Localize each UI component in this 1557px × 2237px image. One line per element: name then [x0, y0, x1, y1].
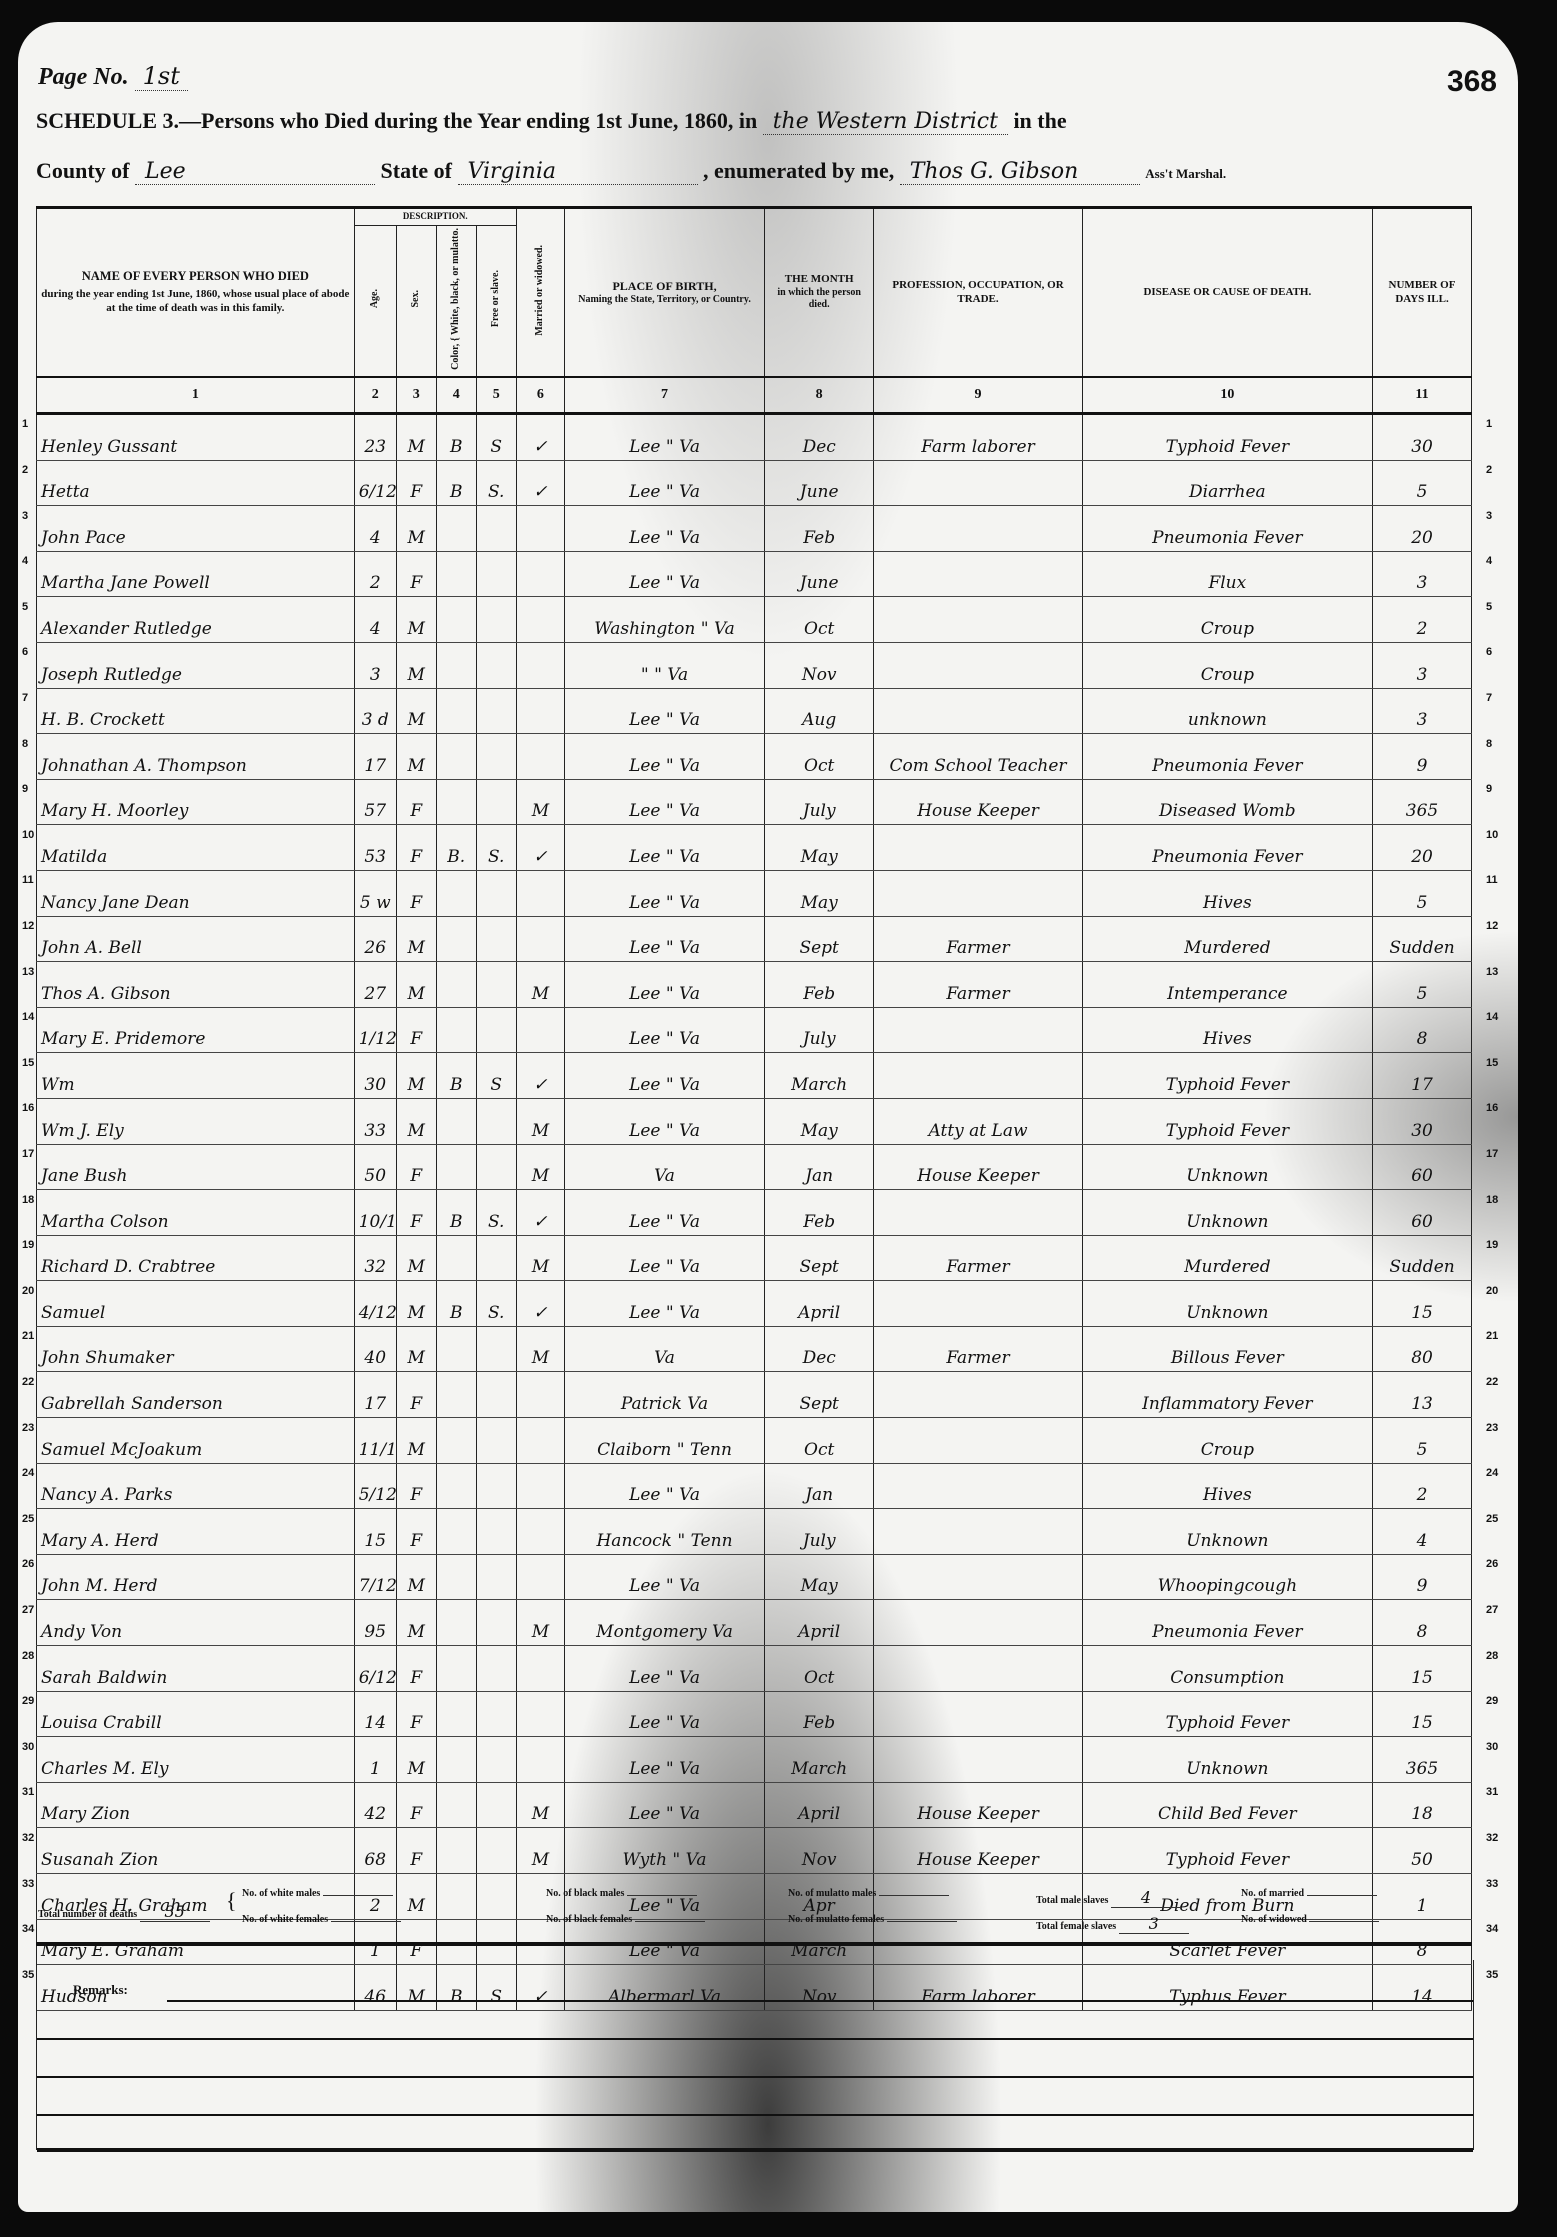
cell-month: Jan — [764, 1144, 873, 1190]
column-number: 10 — [1082, 377, 1372, 414]
cell-color — [436, 870, 476, 916]
cell-married — [516, 1646, 564, 1692]
cell-month: March — [764, 1053, 873, 1099]
male-slaves: Total male slaves 4 — [1036, 1888, 1181, 1908]
line-number: 8 — [1486, 738, 1492, 750]
cell-profession — [874, 1646, 1082, 1692]
cell-days: 9 — [1373, 734, 1472, 780]
cell-free-slave — [476, 1418, 516, 1464]
cell-disease: Typhoid Fever — [1082, 1828, 1372, 1874]
white-males: No. of white males — [242, 1888, 393, 1899]
table-row: Wm J. Ely33MMLee " VaMayAtty at LawTypho… — [37, 1098, 1472, 1144]
cell-days: 50 — [1373, 1828, 1472, 1874]
cell-days: 17 — [1373, 1053, 1472, 1099]
cell-profession: Farmer — [874, 1235, 1082, 1281]
col-header-profession: PROFESSION, OCCUPATION, OR TRADE. — [874, 208, 1082, 378]
cell-sex: M — [396, 1053, 436, 1099]
cell-days: 9 — [1373, 1554, 1472, 1600]
cell-color: B. — [436, 825, 476, 871]
cell-married: ✓ — [516, 414, 564, 461]
line-number: 11 — [1486, 874, 1498, 886]
cell-color: B — [436, 1053, 476, 1099]
cell-name: Gabrellah Sanderson — [37, 1372, 355, 1418]
cell-married: ✓ — [516, 1281, 564, 1327]
cell-disease: Murdered — [1082, 916, 1372, 962]
marshal-label: Ass't Marshal. — [1145, 166, 1226, 181]
enumerated-label: , enumerated by me, — [703, 158, 894, 183]
cell-sex: M — [396, 414, 436, 461]
cell-profession — [874, 1737, 1082, 1783]
cell-days: 60 — [1373, 1190, 1472, 1236]
line-number: 1 — [22, 418, 28, 430]
cell-birthplace: Lee " Va — [565, 1691, 765, 1737]
cell-married — [516, 1691, 564, 1737]
line-number: 16 — [22, 1102, 34, 1114]
cell-name: Jane Bush — [37, 1144, 355, 1190]
column-number: 9 — [874, 377, 1082, 414]
cell-name: John A. Bell — [37, 916, 355, 962]
cell-age: 68 — [354, 1828, 396, 1874]
cell-disease: Billous Fever — [1082, 1326, 1372, 1372]
line-number: 29 — [22, 1695, 34, 1707]
state-value: Virginia — [458, 159, 698, 185]
cell-free-slave — [476, 1098, 516, 1144]
column-number: 3 — [396, 377, 436, 414]
cell-married: M — [516, 1144, 564, 1190]
cell-days: 4 — [1373, 1509, 1472, 1555]
cell-married: M — [516, 1782, 564, 1828]
cell-free-slave — [476, 962, 516, 1008]
widowed-count: No. of widowed — [1241, 1914, 1379, 1925]
cell-disease: Child Bed Fever — [1082, 1782, 1372, 1828]
cell-age: 4 — [354, 597, 396, 643]
cell-name: John Shumaker — [37, 1326, 355, 1372]
cell-birthplace: Lee " Va — [565, 1007, 765, 1053]
cell-profession — [874, 642, 1082, 688]
cell-profession — [874, 597, 1082, 643]
cell-disease: Unknown — [1082, 1737, 1372, 1783]
col-header-free-slave: Free or slave. — [476, 226, 516, 378]
line-number: 2 — [1486, 464, 1492, 476]
cell-sex: F — [396, 460, 436, 506]
line-number: 8 — [22, 738, 28, 750]
cell-birthplace: Lee " Va — [565, 1053, 765, 1099]
cell-birthplace: Patrick Va — [565, 1372, 765, 1418]
cell-days: 5 — [1373, 460, 1472, 506]
married-count: No. of married — [1241, 1888, 1377, 1899]
cell-birthplace: Lee " Va — [565, 870, 765, 916]
line-number: 19 — [1486, 1239, 1498, 1251]
cell-married: M — [516, 779, 564, 825]
cell-color — [436, 1828, 476, 1874]
cell-free-slave: S. — [476, 1190, 516, 1236]
cell-color — [436, 916, 476, 962]
table-row: Mary Zion42FMLee " VaAprilHouse KeeperCh… — [37, 1782, 1472, 1828]
cell-disease: Unknown — [1082, 1281, 1372, 1327]
table-row: Andy Von95MMMontgomery VaAprilPneumonia … — [37, 1600, 1472, 1646]
cell-color — [436, 642, 476, 688]
cell-name: H. B. Crockett — [37, 688, 355, 734]
cell-age: 50 — [354, 1144, 396, 1190]
cell-disease: Pneumonia Fever — [1082, 506, 1372, 552]
page-number-value: 1st — [135, 62, 188, 91]
cell-sex: F — [396, 1007, 436, 1053]
cell-free-slave — [476, 1782, 516, 1828]
cell-color: B — [436, 1281, 476, 1327]
cell-profession: House Keeper — [874, 1782, 1082, 1828]
cell-birthplace: Lee " Va — [565, 1554, 765, 1600]
cell-birthplace: Lee " Va — [565, 1463, 765, 1509]
county-label: County of — [36, 158, 130, 183]
cell-profession — [874, 1554, 1082, 1600]
cell-month: Nov — [764, 1828, 873, 1874]
cell-age: 32 — [354, 1235, 396, 1281]
cell-profession — [874, 1600, 1082, 1646]
cell-free-slave — [476, 1737, 516, 1783]
table-row: John Pace4MLee " VaFebPneumonia Fever20 — [37, 506, 1472, 552]
cell-married — [516, 1463, 564, 1509]
cell-profession — [874, 1691, 1082, 1737]
line-number: 12 — [22, 920, 34, 932]
line-number: 19 — [22, 1239, 34, 1251]
line-number: 29 — [1486, 1695, 1498, 1707]
table-row: Mary E. Pridemore1/12FLee " VaJulyHives8 — [37, 1007, 1472, 1053]
cell-disease: Typhoid Fever — [1082, 1053, 1372, 1099]
cell-married — [516, 597, 564, 643]
cell-birthplace: Lee " Va — [565, 414, 765, 461]
line-number: 14 — [1486, 1011, 1498, 1023]
cell-sex: M — [396, 1098, 436, 1144]
line-number: 35 — [1486, 1969, 1498, 1981]
remarks-line — [37, 2038, 1473, 2040]
cell-married: M — [516, 962, 564, 1008]
cell-month: Oct — [764, 597, 873, 643]
cell-profession — [874, 506, 1082, 552]
cell-profession: Farmer — [874, 962, 1082, 1008]
cell-age: 3 — [354, 642, 396, 688]
cell-sex: M — [396, 1737, 436, 1783]
cell-month: Oct — [764, 734, 873, 780]
line-number: 3 — [22, 510, 28, 522]
cell-age: 33 — [354, 1098, 396, 1144]
line-number: 31 — [22, 1786, 34, 1798]
cell-name: Joseph Rutledge — [37, 642, 355, 688]
cell-name: Martha Colson — [37, 1190, 355, 1236]
cell-disease: Hives — [1082, 870, 1372, 916]
cell-birthplace: Wyth " Va — [565, 1828, 765, 1874]
cell-free-slave — [476, 1007, 516, 1053]
county-line: County of Lee State of Virginia , enumer… — [36, 158, 1226, 185]
table-row: Matilda53FB.S.✓Lee " VaMayPneumonia Feve… — [37, 825, 1472, 871]
table-row: Nancy Jane Dean5 wFLee " VaMayHives5 — [37, 870, 1472, 916]
cell-free-slave — [476, 1554, 516, 1600]
state-label: State of — [381, 158, 452, 183]
district-value: the Western District — [763, 109, 1008, 135]
cell-color — [436, 1326, 476, 1372]
cell-month: July — [764, 1007, 873, 1053]
cell-age: 6/12 — [354, 1646, 396, 1692]
cell-days: 5 — [1373, 870, 1472, 916]
column-number: 5 — [476, 377, 516, 414]
line-number: 26 — [1486, 1558, 1498, 1570]
line-number: 20 — [1486, 1285, 1498, 1297]
line-number: 20 — [22, 1285, 34, 1297]
cell-age: 5/12 — [354, 1463, 396, 1509]
cell-name: Mary H. Moorley — [37, 779, 355, 825]
cell-disease: Unknown — [1082, 1144, 1372, 1190]
line-number: 4 — [1486, 555, 1492, 567]
cell-age: 40 — [354, 1326, 396, 1372]
cell-name: Samuel McJoakum — [37, 1418, 355, 1464]
col-header-name: NAME OF EVERY PERSON WHO DIED during the… — [37, 208, 355, 378]
cell-sex: F — [396, 1828, 436, 1874]
cell-days: 3 — [1373, 551, 1472, 597]
line-number: 9 — [1486, 783, 1492, 795]
cell-color — [436, 734, 476, 780]
cell-disease: Typhoid Fever — [1082, 1098, 1372, 1144]
cell-name: Nancy Jane Dean — [37, 870, 355, 916]
cell-name: Wm J. Ely — [37, 1098, 355, 1144]
line-number: 18 — [22, 1194, 34, 1206]
enumerator-name: Thos G. Gibson — [900, 159, 1140, 185]
line-number: 26 — [22, 1558, 34, 1570]
cell-sex: M — [396, 1281, 436, 1327]
cell-married — [516, 506, 564, 552]
cell-disease: Croup — [1082, 597, 1372, 643]
table-row: Martha Jane Powell2FLee " VaJuneFlux3 — [37, 551, 1472, 597]
cell-profession — [874, 870, 1082, 916]
cell-name: Mary Zion — [37, 1782, 355, 1828]
cell-sex: M — [396, 962, 436, 1008]
cell-free-slave: S — [476, 414, 516, 461]
black-males: No. of black males — [546, 1888, 697, 1899]
line-number: 5 — [1486, 601, 1492, 613]
table-row: Susanah Zion68FMWyth " VaNovHouse Keeper… — [37, 1828, 1472, 1874]
cell-age: 11/12 — [354, 1418, 396, 1464]
total-deaths-value: 35 — [140, 1902, 210, 1922]
cell-age: 5 w — [354, 870, 396, 916]
cell-color — [436, 551, 476, 597]
cell-birthplace: Lee " Va — [565, 916, 765, 962]
cell-sex: M — [396, 734, 436, 780]
cell-age: 2 — [354, 551, 396, 597]
cell-free-slave — [476, 779, 516, 825]
cell-name: Matilda — [37, 825, 355, 871]
white-females: No. of white females — [242, 1914, 401, 1925]
cell-birthplace: Claiborn " Tenn — [565, 1418, 765, 1464]
cell-sex: M — [396, 1235, 436, 1281]
cell-disease: Inflammatory Fever — [1082, 1372, 1372, 1418]
cell-name: Henley Gussant — [37, 414, 355, 461]
cell-profession — [874, 1190, 1082, 1236]
cell-month: May — [764, 1554, 873, 1600]
summary-section: Total number of deaths 35 { No. of white… — [36, 1880, 1472, 1946]
cell-days: 15 — [1373, 1281, 1472, 1327]
cell-free-slave — [476, 1646, 516, 1692]
remarks-section: Remarks: — [36, 1960, 1474, 2150]
remarks-label: Remarks: — [73, 1982, 128, 1998]
cell-sex: F — [396, 1509, 436, 1555]
cell-married — [516, 916, 564, 962]
female-slaves: Total female slaves 3 — [1036, 1914, 1189, 1934]
column-number: 6 — [516, 377, 564, 414]
cell-sex: M — [396, 688, 436, 734]
cell-age: 10/12 — [354, 1190, 396, 1236]
col-header-birthplace: PLACE OF BIRTH, Naming the State, Territ… — [565, 208, 765, 378]
brace: { — [226, 1888, 237, 1914]
cell-birthplace: Lee " Va — [565, 962, 765, 1008]
table-row: Wm30MBS✓Lee " VaMarchTyphoid Fever17 — [37, 1053, 1472, 1099]
line-number: 14 — [22, 1011, 34, 1023]
cell-name: Charles M. Ely — [37, 1737, 355, 1783]
cell-free-slave: S. — [476, 1281, 516, 1327]
cell-sex: M — [396, 1600, 436, 1646]
cell-free-slave — [476, 551, 516, 597]
line-number: 7 — [1486, 692, 1492, 704]
cell-birthplace: Hancock " Tenn — [565, 1509, 765, 1555]
cell-days: 80 — [1373, 1326, 1472, 1372]
line-number: 2 — [22, 464, 28, 476]
cell-birthplace: Lee " Va — [565, 779, 765, 825]
cell-age: 6/12 — [354, 460, 396, 506]
cell-days: 8 — [1373, 1600, 1472, 1646]
cell-sex: F — [396, 1372, 436, 1418]
cell-free-slave — [476, 1600, 516, 1646]
cell-profession — [874, 460, 1082, 506]
line-number: 24 — [1486, 1467, 1498, 1479]
cell-married — [516, 870, 564, 916]
table-row: Richard D. Crabtree32MMLee " VaSeptFarme… — [37, 1235, 1472, 1281]
table-row: Louisa Crabill14FLee " VaFebTyphoid Feve… — [37, 1691, 1472, 1737]
cell-birthplace: Lee " Va — [565, 506, 765, 552]
cell-sex: F — [396, 870, 436, 916]
cell-color — [436, 779, 476, 825]
cell-month: July — [764, 779, 873, 825]
cell-sex: M — [396, 1554, 436, 1600]
cell-color: B — [436, 414, 476, 461]
cell-disease: Pneumonia Fever — [1082, 1600, 1372, 1646]
cell-age: 30 — [354, 1053, 396, 1099]
table-row: Johnathan A. Thompson17MLee " VaOctCom S… — [37, 734, 1472, 780]
cell-profession: Farmer — [874, 1326, 1082, 1372]
table-row: Mary H. Moorley57FMLee " VaJulyHouse Kee… — [37, 779, 1472, 825]
cell-month: June — [764, 460, 873, 506]
cell-days: 15 — [1373, 1646, 1472, 1692]
cell-free-slave — [476, 1326, 516, 1372]
cell-profession: Farmer — [874, 916, 1082, 962]
cell-profession: House Keeper — [874, 779, 1082, 825]
cell-age: 3 d — [354, 688, 396, 734]
cell-free-slave — [476, 506, 516, 552]
cell-married — [516, 1007, 564, 1053]
cell-disease: Diarrhea — [1082, 460, 1372, 506]
cell-married: M — [516, 1600, 564, 1646]
line-number: 21 — [22, 1330, 34, 1342]
in-the-text: in the — [1013, 108, 1066, 133]
cell-married: ✓ — [516, 1053, 564, 1099]
cell-days: 20 — [1373, 506, 1472, 552]
cell-disease: unknown — [1082, 688, 1372, 734]
line-number: 33 — [1486, 1878, 1498, 1890]
cell-days: 60 — [1373, 1144, 1472, 1190]
cell-free-slave — [476, 597, 516, 643]
cell-disease: Flux — [1082, 551, 1372, 597]
cell-name: Alexander Rutledge — [37, 597, 355, 643]
cell-name: Andy Von — [37, 1600, 355, 1646]
table-row: Charles M. Ely1MLee " VaMarchUnknown365 — [37, 1737, 1472, 1783]
line-number: 24 — [22, 1467, 34, 1479]
cell-month: Dec — [764, 1326, 873, 1372]
cell-sex: F — [396, 1691, 436, 1737]
line-number: 4 — [22, 555, 28, 567]
column-number: 1 — [37, 377, 355, 414]
cell-disease: Unknown — [1082, 1509, 1372, 1555]
county-value: Lee — [135, 159, 375, 185]
line-number: 6 — [1486, 646, 1492, 658]
cell-age: 17 — [354, 734, 396, 780]
cell-birthplace: Va — [565, 1326, 765, 1372]
line-number: 25 — [1486, 1513, 1498, 1525]
cell-age: 1 — [354, 1737, 396, 1783]
cell-birthplace: Lee " Va — [565, 734, 765, 780]
cell-age: 7/12 — [354, 1554, 396, 1600]
cell-married: M — [516, 1326, 564, 1372]
cell-name: Susanah Zion — [37, 1828, 355, 1874]
cell-name: Samuel — [37, 1281, 355, 1327]
cell-free-slave — [476, 870, 516, 916]
line-number: 34 — [1486, 1923, 1498, 1935]
cell-birthplace: Lee " Va — [565, 460, 765, 506]
cell-married: M — [516, 1098, 564, 1144]
cell-days: 15 — [1373, 1691, 1472, 1737]
cell-birthplace: Lee " Va — [565, 551, 765, 597]
cell-days: 2 — [1373, 1463, 1472, 1509]
cell-profession — [874, 1281, 1082, 1327]
cell-disease: Unknown — [1082, 1190, 1372, 1236]
cell-sex: F — [396, 1646, 436, 1692]
cell-profession — [874, 825, 1082, 871]
cell-married — [516, 551, 564, 597]
cell-color — [436, 506, 476, 552]
line-number: 13 — [1486, 966, 1498, 978]
cell-days: 2 — [1373, 597, 1472, 643]
line-number: 5 — [22, 601, 28, 613]
cell-month: Jan — [764, 1463, 873, 1509]
cell-free-slave — [476, 1144, 516, 1190]
cell-name: Nancy A. Parks — [37, 1463, 355, 1509]
cell-name: Mary A. Herd — [37, 1509, 355, 1555]
cell-color — [436, 1372, 476, 1418]
cell-name: Richard D. Crabtree — [37, 1235, 355, 1281]
cell-birthplace: Lee " Va — [565, 1737, 765, 1783]
cell-married: ✓ — [516, 825, 564, 871]
line-number: 30 — [22, 1741, 34, 1753]
cell-free-slave — [476, 1463, 516, 1509]
cell-disease: Hives — [1082, 1007, 1372, 1053]
table-row: John A. Bell26MLee " VaSeptFarmerMurdere… — [37, 916, 1472, 962]
cell-age: 26 — [354, 916, 396, 962]
cell-sex: F — [396, 1144, 436, 1190]
cell-married — [516, 1737, 564, 1783]
page-number-label: Page No. — [38, 64, 129, 90]
cell-sex: F — [396, 1190, 436, 1236]
cell-married: ✓ — [516, 1190, 564, 1236]
cell-birthplace: Lee " Va — [565, 1646, 765, 1692]
cell-days: 30 — [1373, 414, 1472, 461]
cell-month: Feb — [764, 1691, 873, 1737]
line-number: 21 — [1486, 1330, 1498, 1342]
cell-birthplace: Lee " Va — [565, 1281, 765, 1327]
